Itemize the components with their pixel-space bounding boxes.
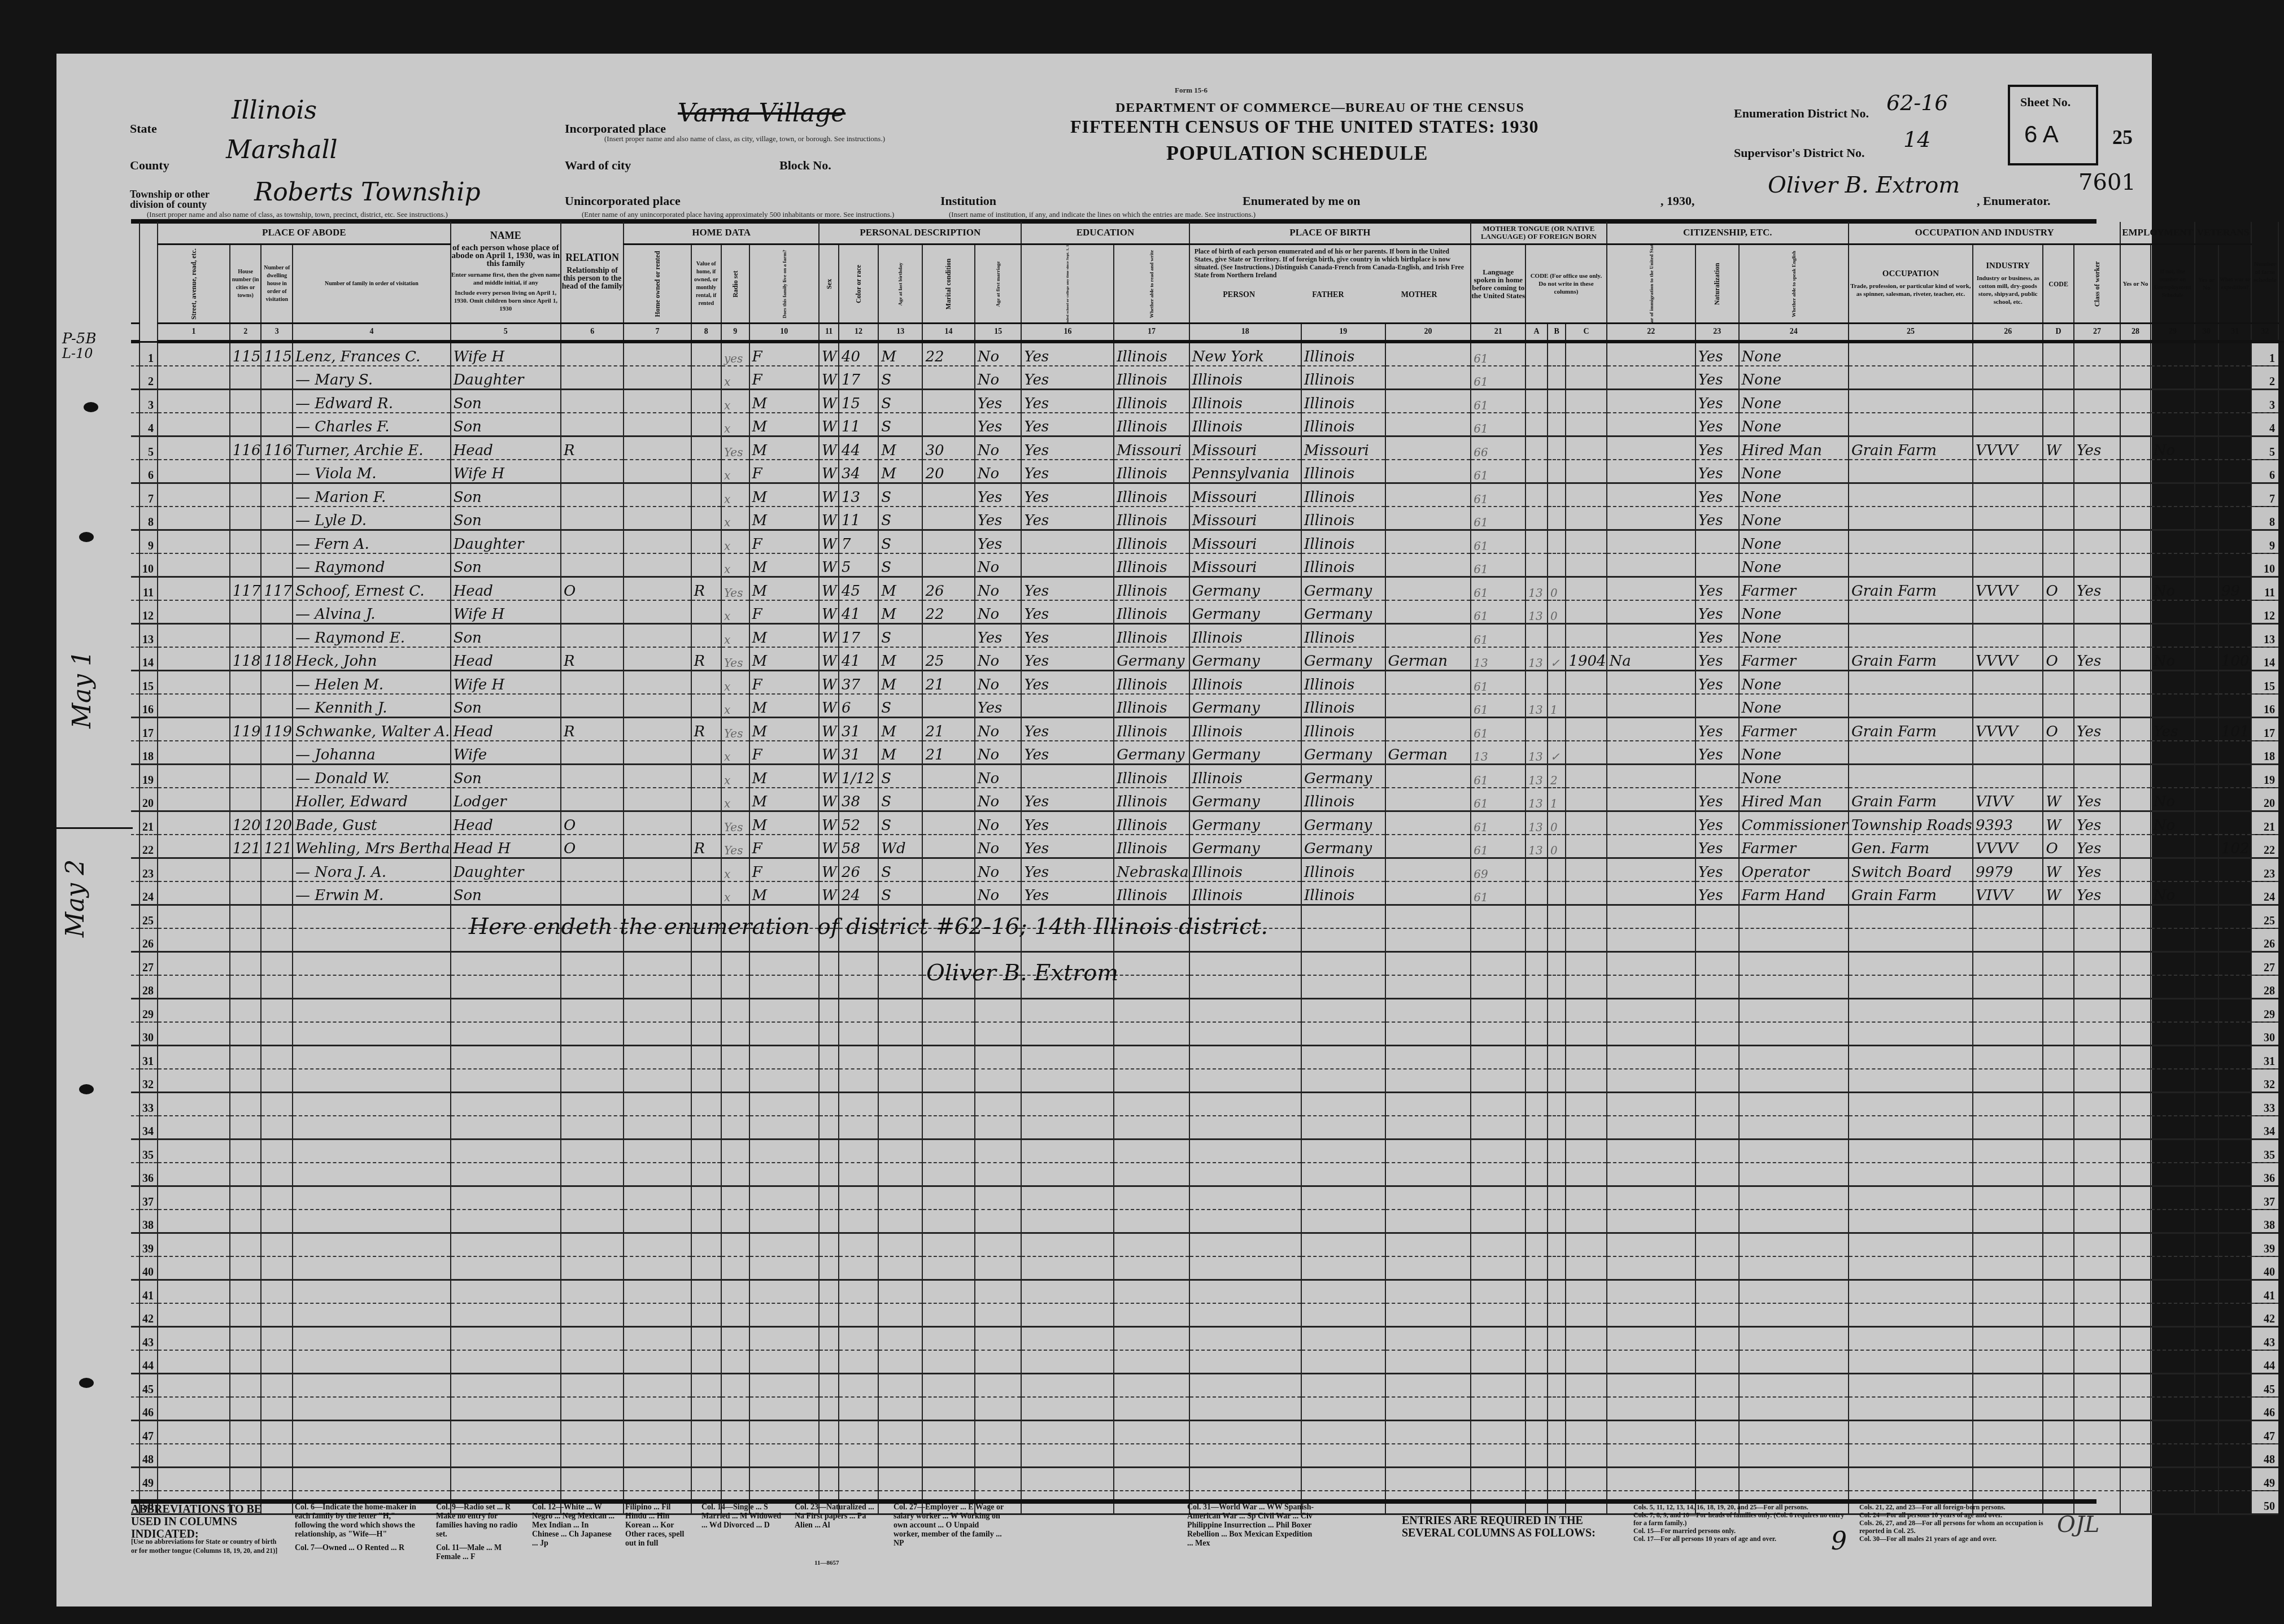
cell-unemp — [2120, 600, 2150, 624]
cell-nat — [1607, 1210, 1695, 1233]
cell-mar: S — [878, 530, 922, 554]
cell-war — [2195, 1303, 2218, 1327]
col-28-header: Yes or No — [2120, 245, 2150, 324]
table-row: 12— Alvina J.Wife HxFW41M22NoYesIllinois… — [131, 600, 2284, 624]
cell-a — [1471, 1280, 1525, 1304]
cell-unemp — [2120, 413, 2150, 436]
cell-sex — [749, 1327, 820, 1351]
cell-unemp — [2120, 1233, 2150, 1257]
cell-street — [158, 1186, 230, 1210]
cell-nat — [1607, 1397, 1695, 1421]
cell-rw — [1021, 765, 1114, 788]
cell-war — [2195, 1046, 2218, 1069]
cell-rel: Son — [451, 390, 561, 413]
cell-mpob: Illinois — [1301, 858, 1385, 882]
cell-lang — [1385, 1280, 1471, 1304]
cell-unemp — [2120, 1468, 2150, 1491]
cell-eng — [1695, 765, 1739, 788]
cell-pob: Illinois — [1114, 881, 1189, 905]
group-personal: PERSONAL DESCRIPTION — [819, 222, 1021, 245]
cell-vet — [2151, 1374, 2195, 1398]
cell-rel — [451, 1397, 561, 1421]
line-number-right: 42 — [2251, 1303, 2278, 1327]
cell-code — [1973, 1210, 2043, 1233]
cell-mar: M — [878, 671, 922, 695]
cell-imm — [1566, 460, 1606, 483]
cell-agem — [922, 483, 974, 507]
cell-rel: Son — [451, 881, 561, 905]
cell-occ — [1739, 905, 1849, 929]
cell-fam — [261, 1468, 293, 1491]
cell-val — [624, 1022, 691, 1046]
cell-fam — [261, 1303, 293, 1327]
cell-val — [624, 530, 691, 554]
cell-agem — [922, 1140, 974, 1163]
cell-race — [819, 1116, 839, 1140]
cell-sch — [975, 1256, 1022, 1280]
cell-cls: W — [2043, 811, 2073, 835]
cell-cls — [2043, 952, 2073, 976]
cell-farmno — [2218, 1140, 2252, 1163]
cell-occ: Farm Hand — [1739, 881, 1849, 905]
cell-age — [839, 1116, 878, 1140]
cell-own — [561, 1397, 624, 1421]
cell-race — [819, 1303, 839, 1327]
cell-nat — [1607, 1093, 1695, 1116]
cell-fpob — [1189, 1303, 1301, 1327]
cell-occ — [1739, 1186, 1849, 1210]
cell-rw: Yes — [1021, 366, 1114, 390]
cell-mar — [878, 1186, 922, 1210]
cell-rw — [1021, 1116, 1114, 1140]
cell-b — [1525, 390, 1548, 413]
cell-agem: 21 — [922, 671, 974, 695]
table-row: 4646 — [131, 1397, 2284, 1421]
cell-code — [1973, 1022, 2043, 1046]
cell-val — [624, 1116, 691, 1140]
cell-emp — [2074, 1468, 2121, 1491]
table-row: 4040 — [131, 1256, 2284, 1280]
cell-own — [561, 1374, 624, 1398]
cell-occ — [1739, 1468, 1849, 1491]
cell-age: 13 — [839, 483, 878, 507]
cell-ind: Grain Farm — [1849, 577, 1973, 601]
cell-street — [158, 436, 230, 460]
cell-mpob — [1301, 1303, 1385, 1327]
state-value: Illinois — [232, 96, 317, 125]
cell-pob — [1114, 1421, 1189, 1444]
cell-code — [1973, 1186, 2043, 1210]
cell-val — [624, 1303, 691, 1327]
margin-cell — [131, 1327, 140, 1351]
cell-radio — [691, 483, 721, 507]
cell-farmno — [2218, 999, 2252, 1023]
cell-code — [1973, 600, 2043, 624]
cell-own — [561, 1069, 624, 1093]
cell-pob: Illinois — [1114, 460, 1189, 483]
cell-sex — [749, 1140, 820, 1163]
cell-mar — [878, 1303, 922, 1327]
cell-sex: M — [749, 624, 820, 648]
cell-mpob — [1301, 1397, 1385, 1421]
line-number-right: 33 — [2251, 1093, 2278, 1116]
cell-unemp — [2120, 1421, 2150, 1444]
cell-eng: Yes — [1695, 507, 1739, 530]
cell-mpob: Illinois — [1301, 788, 1385, 811]
cell-fpob — [1189, 1163, 1301, 1186]
cell-emp — [2074, 390, 2121, 413]
cell-sex: F — [749, 342, 820, 366]
cell-street — [158, 577, 230, 601]
cell-b — [1525, 1303, 1548, 1327]
cell-mpob: Germany — [1301, 577, 1385, 601]
cell-mar: S — [878, 390, 922, 413]
cell-mar: S — [878, 881, 922, 905]
cell-imm — [1566, 999, 1606, 1023]
cell-cls — [2043, 1186, 2073, 1210]
cell-cls — [2043, 905, 2073, 929]
line-number-right: 3 — [2251, 390, 2278, 413]
cell-rw: Yes — [1021, 788, 1114, 811]
cell-war — [2195, 718, 2218, 741]
cell-mpob — [1301, 1069, 1385, 1093]
col-13-header: Age at last birthday — [878, 245, 922, 324]
cell-occ: Operator — [1739, 858, 1849, 882]
cell-name: Holler, Edward — [293, 788, 451, 811]
cell-cls — [2043, 694, 2073, 718]
cell-age: 6 — [839, 694, 878, 718]
line-number-right: 49 — [2251, 1468, 2278, 1491]
cell-lang — [1385, 1022, 1471, 1046]
cell-farm — [721, 1093, 749, 1116]
cell-occ — [1739, 1256, 1849, 1280]
cell-occ — [1739, 1163, 1849, 1186]
cell-radio — [691, 1210, 721, 1233]
cell-agem — [922, 1280, 974, 1304]
cell-farmno — [2218, 694, 2252, 718]
cell-nat — [1607, 1233, 1695, 1257]
cell-agem — [922, 553, 974, 577]
cell-a: 61 — [1471, 553, 1525, 577]
cell-rw — [1021, 1069, 1114, 1093]
cell-eng: Yes — [1695, 577, 1739, 601]
cell-mpob — [1301, 999, 1385, 1023]
cell-fam — [261, 530, 293, 554]
cell-c: 0 — [1548, 811, 1566, 835]
cell-val — [624, 600, 691, 624]
cell-war — [2195, 952, 2218, 976]
cell-fam — [261, 624, 293, 648]
cell-race — [819, 1468, 839, 1491]
cell-nat — [1607, 553, 1695, 577]
cell-emp — [2074, 1140, 2121, 1163]
cell-pob — [1114, 1468, 1189, 1491]
cell-mpob: Germany — [1301, 600, 1385, 624]
cell-mar — [878, 1327, 922, 1351]
cell-imm — [1566, 975, 1606, 999]
cell-code: VVVV — [1973, 835, 2043, 858]
cell-street — [158, 952, 230, 976]
cell-imm — [1566, 483, 1606, 507]
cell-agem: 21 — [922, 718, 974, 741]
cell-rw: Yes — [1021, 436, 1114, 460]
margin-cell — [131, 647, 140, 671]
cell-radio — [691, 881, 721, 905]
cell-nat — [1607, 788, 1695, 811]
cell-dw — [230, 413, 261, 436]
cell-mpob — [1301, 1210, 1385, 1233]
cell-vet — [2151, 342, 2195, 366]
right-line-col — [2278, 222, 2284, 342]
cell-val — [624, 436, 691, 460]
cell-imm — [1566, 1350, 1606, 1374]
cell-mar — [878, 1140, 922, 1163]
cell-pob — [1114, 1233, 1189, 1257]
cell-lang — [1385, 342, 1471, 366]
cell-nat — [1607, 858, 1695, 882]
cell-farm: x — [721, 413, 749, 436]
cell-occ — [1739, 1303, 1849, 1327]
cell-war — [2195, 1116, 2218, 1140]
enumerator-signature: Oliver B. Extrom — [1768, 172, 1960, 198]
line-number: 30 — [140, 1022, 158, 1046]
margin-cell — [131, 577, 140, 601]
cell-cls: W — [2043, 436, 2073, 460]
cell-nat — [1607, 460, 1695, 483]
margin-cell — [131, 835, 140, 858]
cell-pob: Illinois — [1114, 600, 1189, 624]
cell-a: 61 — [1471, 835, 1525, 858]
cell-mar — [878, 1116, 922, 1140]
cell-dw — [230, 507, 261, 530]
cell-sex — [749, 1046, 820, 1069]
cell-street — [158, 1303, 230, 1327]
cell-c — [1548, 1186, 1566, 1210]
cell-c: ✓ — [1548, 741, 1566, 765]
cell-code — [1973, 1140, 2043, 1163]
cell-lang — [1385, 1116, 1471, 1140]
cell-farm — [721, 1350, 749, 1374]
cell-code: VVVV — [1973, 577, 2043, 601]
cell-fam — [261, 671, 293, 695]
cell-war — [2195, 1256, 2218, 1280]
cell-a: 61 — [1471, 765, 1525, 788]
cell-name: Bade, Gust — [293, 811, 451, 835]
cell-imm — [1566, 1186, 1606, 1210]
cell-farmno — [2218, 413, 2252, 436]
table-row: 3636 — [131, 1163, 2284, 1186]
cell-dw: 117 — [230, 577, 261, 601]
footer-col12b: Filipino ... Fil Hindu ... Hin Korean ..… — [625, 1503, 693, 1548]
cell-dw — [230, 1303, 261, 1327]
cell-war — [2195, 741, 2218, 765]
cell-b — [1525, 952, 1548, 976]
cell-emp — [2074, 1303, 2121, 1327]
cell-name: Heck, John — [293, 647, 451, 671]
cell-mar — [878, 999, 922, 1023]
cell-code — [1973, 1397, 2043, 1421]
cell-sch: Yes — [975, 483, 1022, 507]
cell-nat — [1607, 624, 1695, 648]
cell-radio — [691, 1069, 721, 1093]
cell-sch — [975, 1397, 1022, 1421]
cell-ind — [1849, 1303, 1973, 1327]
cell-code: 9979 — [1973, 858, 2043, 882]
cell-race — [819, 1233, 839, 1257]
cell-radio — [691, 366, 721, 390]
cell-race — [819, 1374, 839, 1398]
cell-radio — [691, 1444, 721, 1468]
cell-b — [1525, 1233, 1548, 1257]
cell-c — [1548, 342, 1566, 366]
cell-name — [293, 1116, 451, 1140]
margin-cell — [131, 811, 140, 835]
cell-fam — [261, 507, 293, 530]
cell-emp — [2074, 1350, 2121, 1374]
cell-val — [624, 483, 691, 507]
cell-pob: Illinois — [1114, 507, 1189, 530]
cell-code — [1973, 413, 2043, 436]
cell-imm — [1566, 1444, 1606, 1468]
cell-occ — [1739, 952, 1849, 976]
cell-eng: Yes — [1695, 342, 1739, 366]
cell-street — [158, 460, 230, 483]
cell-occ — [1739, 1421, 1849, 1444]
cell-sex: F — [749, 741, 820, 765]
cell-fam — [261, 366, 293, 390]
cell-sch: No — [975, 765, 1022, 788]
cell-pob: Illinois — [1114, 718, 1189, 741]
enumerated-label: Enumerated by me on — [1243, 194, 1360, 208]
cell-name: Schoof, Ernest C. — [293, 577, 451, 601]
group-education: EDUCATION — [1021, 222, 1189, 245]
col-14-header: Marital condition — [922, 245, 974, 324]
cell-fpob: Germany — [1189, 577, 1301, 601]
cell-imm — [1566, 1374, 1606, 1398]
cell-mar — [878, 1397, 922, 1421]
cell-imm — [1566, 1022, 1606, 1046]
cell-age — [839, 999, 878, 1023]
township-value: Roberts Township — [254, 178, 481, 207]
cell-lang — [1385, 928, 1471, 952]
cell-eng — [1695, 1069, 1739, 1093]
table-row: 2— Mary S.DaughterxFW17SNoYesIllinoisIll… — [131, 366, 2284, 390]
cell-farm — [721, 1233, 749, 1257]
cell-mar: S — [878, 788, 922, 811]
cell-val — [624, 1421, 691, 1444]
cell-fam — [261, 460, 293, 483]
township-hint: (Insert proper name and also name of cla… — [147, 210, 448, 219]
cell-rw — [1021, 694, 1114, 718]
cell-own — [561, 600, 624, 624]
cell-imm — [1566, 881, 1606, 905]
line-number: 21 — [140, 811, 158, 835]
table-row: 11117117Schoof, Ernest C.HeadORYesMW45M2… — [131, 577, 2284, 601]
cell-lang — [1385, 1210, 1471, 1233]
cell-own — [561, 366, 624, 390]
cell-rel: Wife H — [451, 600, 561, 624]
cell-cls — [2043, 1280, 2073, 1304]
cell-c: 0 — [1548, 835, 1566, 858]
cell-farmno — [2218, 1327, 2252, 1351]
cell-agem — [922, 1093, 974, 1116]
cell-agem — [922, 1069, 974, 1093]
cell-val — [624, 765, 691, 788]
cell-fpob — [1189, 999, 1301, 1023]
cell-name — [293, 1140, 451, 1163]
cell-a: 61 — [1471, 530, 1525, 554]
cell-agem — [922, 1374, 974, 1398]
cell-radio — [691, 1303, 721, 1327]
cell-street — [158, 694, 230, 718]
cell-mpob — [1301, 1022, 1385, 1046]
cell-sch: Yes — [975, 413, 1022, 436]
cell-pob — [1114, 1046, 1189, 1069]
cell-eng — [1695, 1280, 1739, 1304]
cell-farmno — [2218, 765, 2252, 788]
cell-name: — Mary S. — [293, 366, 451, 390]
cell-street — [158, 1444, 230, 1468]
cell-unemp — [2120, 1022, 2150, 1046]
cell-street — [158, 1233, 230, 1257]
cell-emp — [2074, 1186, 2121, 1210]
cell-street — [158, 390, 230, 413]
line-number-right: 12 — [2251, 600, 2278, 624]
cell-name — [293, 1186, 451, 1210]
cell-mar: S — [878, 413, 922, 436]
cell-pob — [1114, 1186, 1189, 1210]
cell-c — [1548, 1022, 1566, 1046]
cell-pob — [1114, 1303, 1189, 1327]
line-number: 13 — [140, 624, 158, 648]
cell-imm — [1566, 1093, 1606, 1116]
cell-war — [2195, 366, 2218, 390]
cell-cls — [2043, 413, 2073, 436]
cell-sex: M — [749, 718, 820, 741]
cell-own — [561, 1280, 624, 1304]
cell-c — [1548, 1046, 1566, 1069]
cell-unemp — [2120, 1491, 2150, 1514]
cell-own — [561, 1186, 624, 1210]
cell-rw — [1021, 1327, 1114, 1351]
cell-eng — [1695, 1397, 1739, 1421]
cell-c — [1548, 390, 1566, 413]
cell-b — [1525, 460, 1548, 483]
table-row: 14118118Heck, JohnHeadRRYesMW41M25NoYesG… — [131, 647, 2284, 671]
cell-cls — [2043, 1303, 2073, 1327]
col-20-header: MOTHER — [1401, 291, 1437, 299]
cell-fpob: Illinois — [1189, 390, 1301, 413]
cell-name: — Lyle D. — [293, 507, 451, 530]
line-number-right: 47 — [2251, 1421, 2278, 1444]
line-number-right: 32 — [2251, 1069, 2278, 1093]
cell-vet — [2151, 1421, 2195, 1444]
cell-dw — [230, 1093, 261, 1116]
cell-agem — [922, 413, 974, 436]
cell-imm — [1566, 342, 1606, 366]
cell-ind — [1849, 600, 1973, 624]
cell-c: 1 — [1548, 694, 1566, 718]
cell-fam — [261, 1116, 293, 1140]
cell-emp — [2074, 928, 2121, 952]
cell-emp — [2074, 671, 2121, 695]
cell-fpob — [1189, 1444, 1301, 1468]
cell-fam — [261, 600, 293, 624]
cell-b — [1525, 1374, 1548, 1398]
cell-farmno — [2218, 671, 2252, 695]
cell-name: — Raymond E. — [293, 624, 451, 648]
cell-name — [293, 1374, 451, 1398]
